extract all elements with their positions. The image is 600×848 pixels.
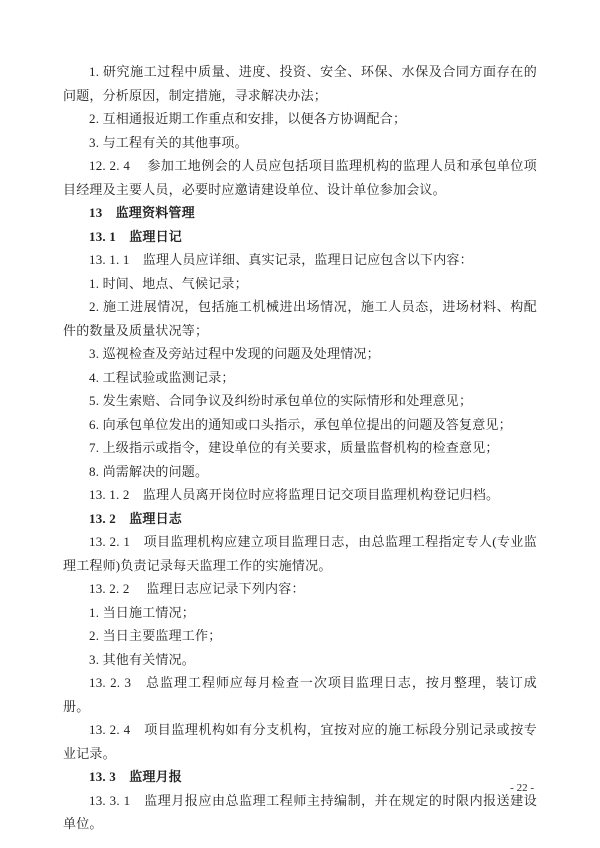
heading-13: 13 监理资料管理: [63, 201, 537, 225]
document-body: 1. 研究施工过程中质量、进度、投资、安全、环保、水保及合同方面存在的问题，分析…: [63, 60, 537, 836]
list-item: 2. 施工进展情况，包括施工机械进出场情况，施工人员态，进场材料、构配件的数量及…: [63, 295, 537, 342]
clause-13-3-1: 13. 3. 1 监理月报应由总监理工程师主持编制，并在规定的时限内报送建设单位…: [63, 789, 537, 836]
clause-13-2-4: 13. 2. 4 项目监理机构如有分支机构，宜按对应的施工标段分别记录或按专业记…: [63, 718, 537, 765]
heading-13-1: 13. 1 监理日记: [63, 225, 537, 249]
page-number: - 22 -: [510, 782, 534, 794]
list-item: 6. 向承包单位发出的通知或口头指示，承包单位提出的问题及答复意见；: [63, 413, 537, 437]
heading-13-3: 13. 3 监理月报: [63, 765, 537, 789]
clause-13-2-3: 13. 2. 3 总监理工程师应每月检查一次项目监理日志，按月整理，装订成册。: [63, 671, 537, 718]
list-item: 5. 发生索赔、合同争议及纠纷时承包单位的实际情形和处理意见；: [63, 389, 537, 413]
list-item: 3. 巡视检查及旁站过程中发现的问题及处理情况；: [63, 342, 537, 366]
clause-13-2-2: 13. 2. 2 监理日志应记录下列内容：: [63, 577, 537, 601]
list-item: 4. 工程试验或监测记录；: [63, 366, 537, 390]
paragraph: 2. 互相通报近期工作重点和安排，以便各方协调配合；: [63, 107, 537, 131]
clause-13-1-2: 13. 1. 2 监理人员离开岗位时应将监理日记交项目监理机构登记归档。: [63, 483, 537, 507]
heading-13-2: 13. 2 监理日志: [63, 507, 537, 531]
paragraph: 3. 与工程有关的其他事项。: [63, 131, 537, 155]
paragraph: 1. 研究施工过程中质量、进度、投资、安全、环保、水保及合同方面存在的问题，分析…: [63, 60, 537, 107]
clause-13-1-1: 13. 1. 1 监理人员应详细、真实记录，监理日记应包含以下内容：: [63, 248, 537, 272]
list-item: 3. 其他有关情况。: [63, 648, 537, 672]
list-item: 1. 时间、地点、气候记录；: [63, 272, 537, 296]
clause-13-2-1: 13. 2. 1 项目监理机构应建立项目监理日志，由总监理工程指定专人(专业监理…: [63, 530, 537, 577]
list-item: 7. 上级指示或指令，建设单位的有关要求，质量监督机构的检查意见；: [63, 436, 537, 460]
document-page: 1. 研究施工过程中质量、进度、投资、安全、环保、水保及合同方面存在的问题，分析…: [0, 0, 600, 848]
page-footer: - 22 -: [510, 782, 534, 794]
clause-12-2-4: 12. 2. 4 参加工地例会的人员应包括项目监理机构的监理人员和承包单位项目经…: [63, 154, 537, 201]
list-item: 1. 当日施工情况；: [63, 601, 537, 625]
list-item: 8. 尚需解决的问题。: [63, 460, 537, 484]
list-item: 2. 当日主要监理工作；: [63, 624, 537, 648]
